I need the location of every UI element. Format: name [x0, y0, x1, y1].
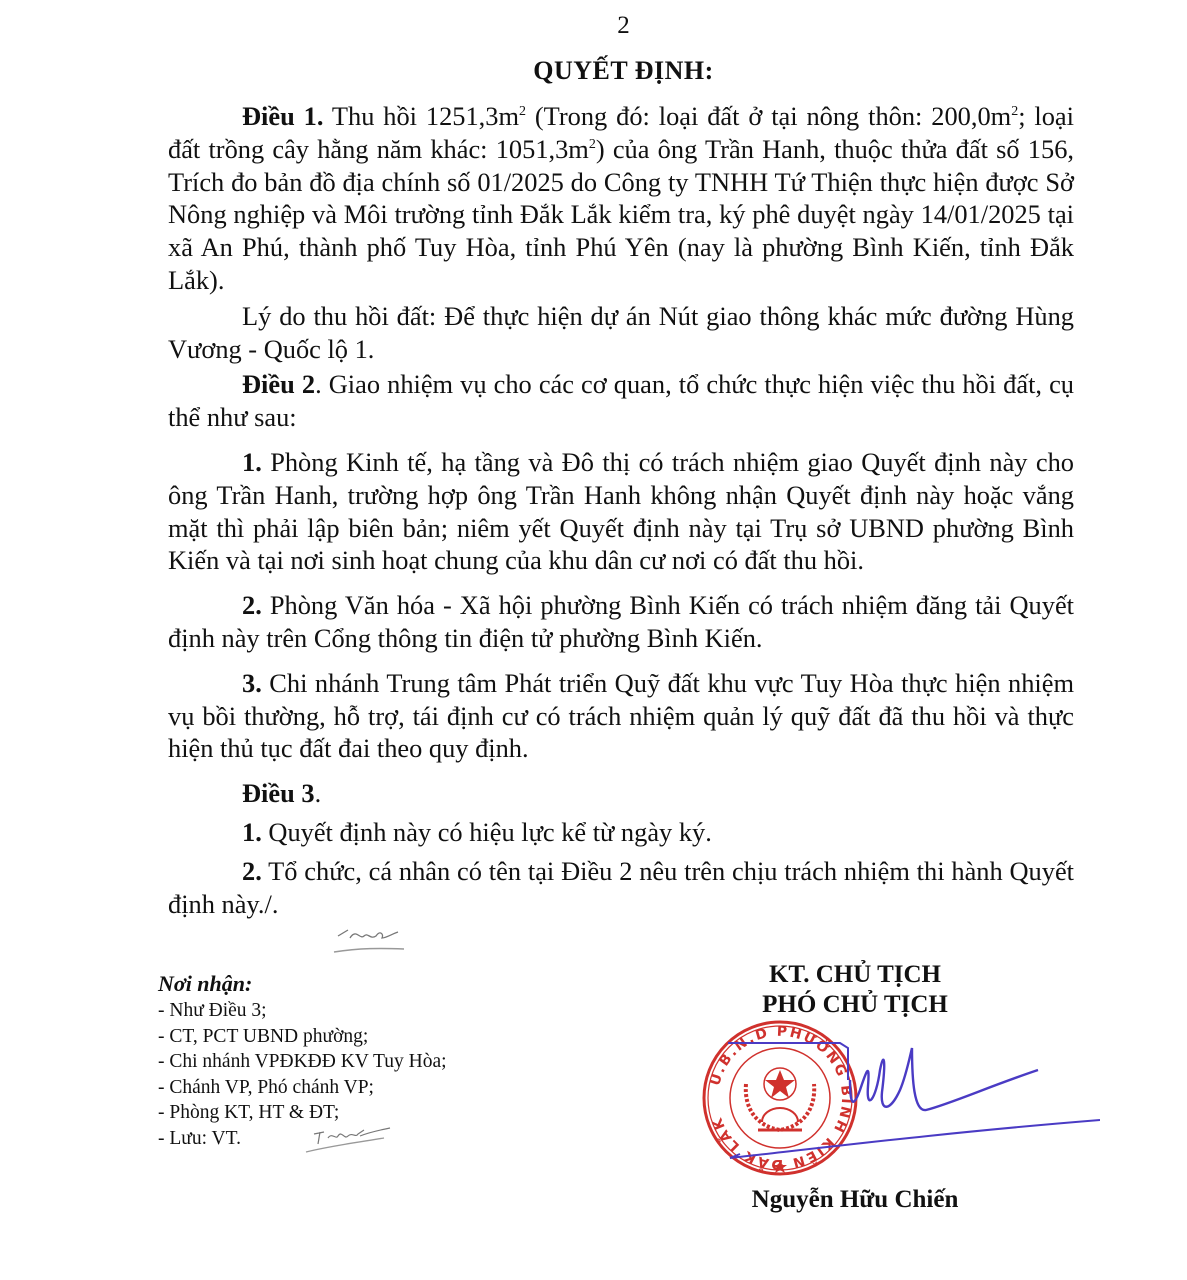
document-title: QUYẾT ĐỊNH: [0, 56, 1187, 86]
article-3-item-2: 2. Tổ chức, cá nhân có tên tại Điều 2 nê… [168, 855, 1074, 921]
article-2-item-3: 3. Chi nhánh Trung tâm Phát triển Quỹ đấ… [168, 667, 1074, 765]
article-2-item-2: 2. Phòng Văn hóa - Xã hội phường Bình Ki… [168, 589, 1074, 655]
initial-signature-icon [300, 1118, 400, 1158]
signature-title-line1: KT. CHỦ TỊCH [700, 960, 1010, 990]
article-3-item-1: 1. Quyết định này có hiệu lực kể từ ngày… [168, 816, 1074, 849]
initial-signature-icon [330, 918, 410, 958]
article-2: Điều 2. Giao nhiệm vụ cho các cơ quan, t… [168, 368, 1074, 434]
page-number: 2 [0, 12, 1187, 40]
article-1: Điều 1. Thu hồi 1251,3m2 (Trong đó: loại… [168, 100, 1074, 297]
article-2-label: Điều 2 [242, 369, 315, 399]
article-1-reason: Lý do thu hồi đất: Để thực hiện dự án Nú… [168, 300, 1074, 366]
article-1-label: Điều 1. [242, 101, 323, 131]
recipient-item: - CT, PCT UBND phường; [158, 1024, 578, 1050]
recipient-item: - Chánh VP, Phó chánh VP; [158, 1075, 578, 1101]
article-3-label: Điều 3 [242, 778, 315, 808]
document-body: Điều 1. Thu hồi 1251,3m2 (Trong đó: loại… [168, 100, 1074, 920]
article-3: Điều 3. [168, 777, 1074, 810]
recipient-item: - Chi nhánh VPĐKĐĐ KV Tuy Hòa; [158, 1049, 578, 1075]
recipient-item: - Như Điều 3; [158, 998, 578, 1024]
signer-name: Nguyễn Hữu Chiến [700, 1186, 1010, 1214]
signature-title-block: KT. CHỦ TỊCH PHÓ CHỦ TỊCH [700, 960, 1010, 1020]
recipients-heading: Nơi nhận: [158, 970, 578, 998]
article-2-item-1: 1. Phòng Kinh tế, hạ tầng và Đô thị có t… [168, 446, 1074, 577]
handwritten-signature-icon [700, 1020, 1100, 1170]
signature-title-line2: PHÓ CHỦ TỊCH [700, 990, 1010, 1020]
